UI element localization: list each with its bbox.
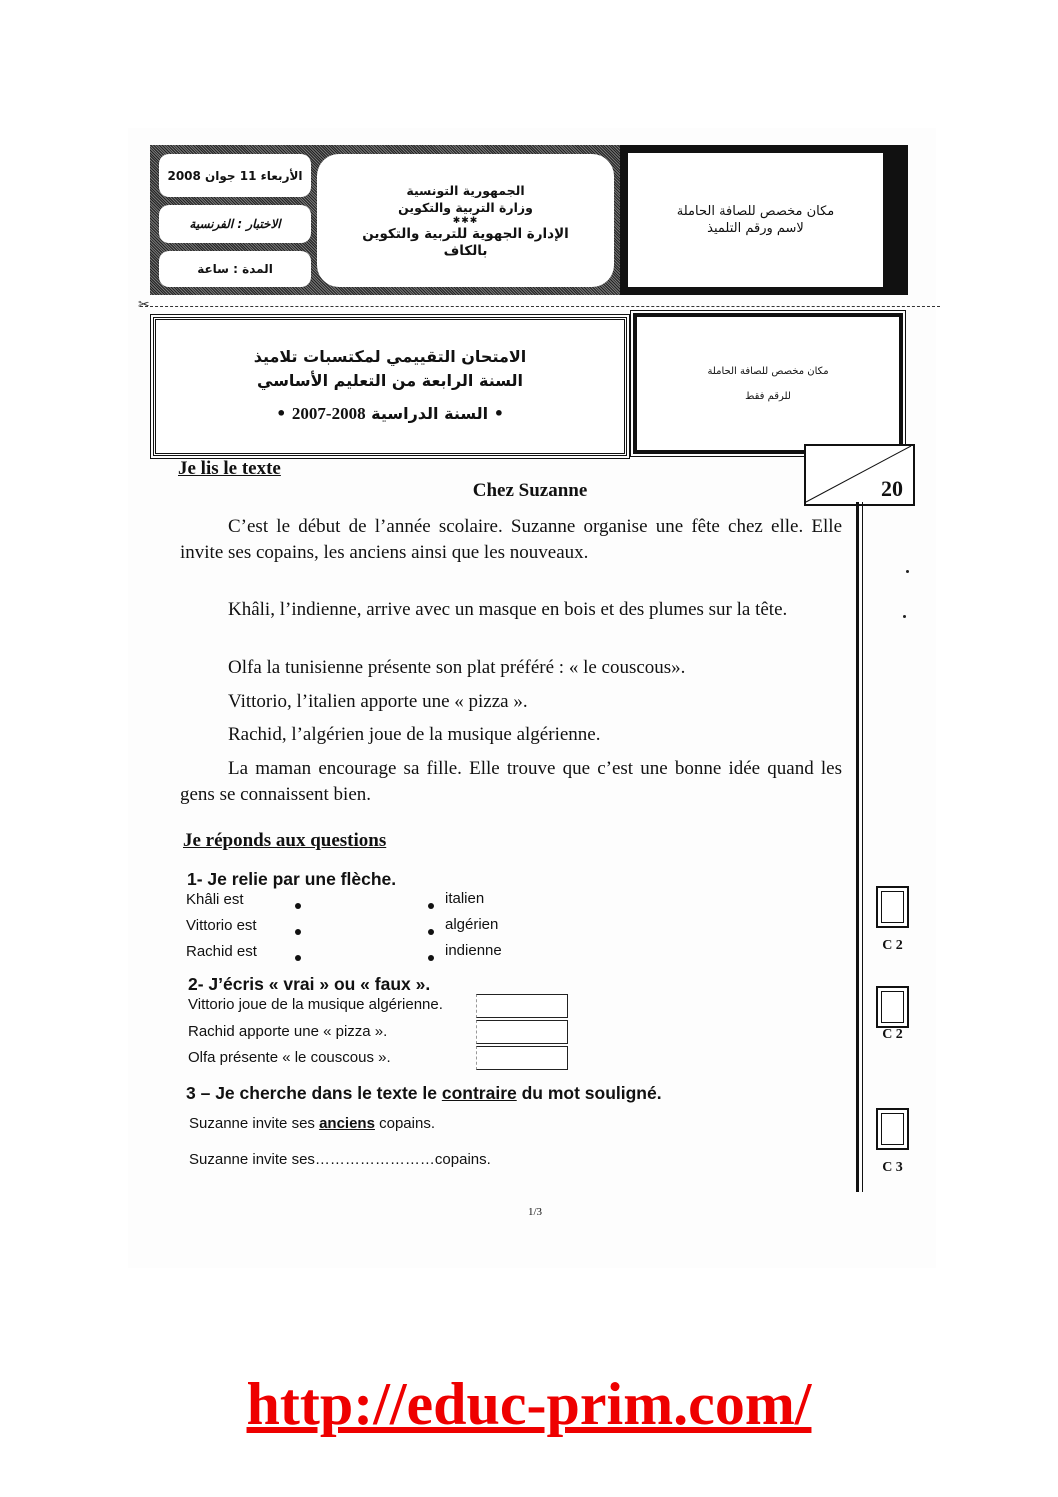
exam-title-line2: السنة الرابعة من التعليم الأساسي <box>257 369 523 393</box>
scissors-icon: ✂ <box>138 297 150 313</box>
student-sticker-line1: مكان مخصص للصافة الحاملة <box>677 203 834 220</box>
paragraph: Olfa la tunisienne présente son plat pré… <box>180 655 842 681</box>
number-sticker-area: مكان مخصص للصافة الحاملة للرقم فقط <box>633 313 903 454</box>
student-sticker-area: مكان مخصص للصافة الحاملة لاسم ورقم التلم… <box>628 153 883 287</box>
question-3-title: 3 – Je cherche dans le texte le contrair… <box>186 1083 662 1104</box>
story-title: Chez Suzanne <box>180 480 880 502</box>
match-dot-left[interactable] <box>295 929 301 935</box>
bullet-icon: • <box>276 404 286 423</box>
school-year-label: السنة الدراسية <box>371 404 488 423</box>
header-band: الأربعاء 11 جوان 2008 الاختبار : الفرنسي… <box>150 145 908 295</box>
match-left-item: Vittorio est <box>186 917 257 934</box>
paragraph: Vittorio, l’italien apporte une « pizza … <box>180 689 842 715</box>
exam-title-box: الامتحان التقييمي لمكتسبات تلاميذ السنة … <box>153 317 627 456</box>
ministry-label: وزارة التربية والتكوين <box>398 199 533 216</box>
exam-subject: الاختبار : الفرنسية <box>159 205 311 243</box>
margin-rule <box>856 502 859 1192</box>
match-left-item: Rachid est <box>186 943 257 960</box>
match-right-item: indienne <box>445 942 502 959</box>
true-false-answer-box[interactable] <box>476 994 568 1018</box>
match-dot-right[interactable] <box>428 903 434 909</box>
number-sticker-line2: للرقم فقط <box>745 391 791 402</box>
answer-blank[interactable]: …………………… <box>315 1151 435 1168</box>
reading-heading: Je lis le texte <box>178 458 281 480</box>
mark-label: C 3 <box>870 1160 915 1176</box>
underlined-word: anciens <box>319 1115 375 1132</box>
regional-directorate-label: الإدارة الجهوية للتربية والتكوين <box>362 226 569 243</box>
bullet-icon: • <box>494 404 504 423</box>
question-2-title: 2- J’écris « vrai » ou « faux ». <box>188 974 430 995</box>
answer-sentence: Suzanne invite ses……………………copains. <box>189 1151 491 1168</box>
mark-label: C 2 <box>870 938 915 954</box>
margin-dot <box>903 615 906 618</box>
margin-dot <box>906 570 909 573</box>
match-right-item: algérien <box>445 916 498 933</box>
paragraph: Khâli, l’indienne, arrive avec un masque… <box>180 597 842 623</box>
match-dot-right[interactable] <box>428 929 434 935</box>
exam-date: الأربعاء 11 جوان 2008 <box>159 154 311 197</box>
separator-stars: ✱✱✱ <box>453 216 479 226</box>
paragraph: La maman encourage sa fille. Elle trouve… <box>180 756 842 808</box>
exam-duration: المدة : ساعة <box>159 251 311 287</box>
republic-label: الجمهورية التونسية <box>406 182 524 199</box>
questions-heading: Je réponds aux questions <box>183 830 386 852</box>
true-false-statement: Rachid apporte une « pizza ». <box>188 1023 387 1040</box>
page-number: 1/3 <box>528 1206 542 1218</box>
exam-title-line1: الامتحان التقييمي لمكتسبات تلاميذ <box>254 345 527 369</box>
match-dot-right[interactable] <box>428 955 434 961</box>
mark-label: C 2 <box>870 1027 915 1043</box>
question-1-title: 1- Je relie par une flèche. <box>187 869 396 890</box>
number-sticker-line1: مكان مخصص للصافة الحاملة <box>707 366 828 377</box>
true-false-statement: Olfa présente « le couscous ». <box>188 1049 391 1066</box>
paragraph: Rachid, l’algérien joue de la musique al… <box>180 722 842 748</box>
underlined-keyword: contraire <box>442 1083 517 1103</box>
match-dot-left[interactable] <box>295 903 301 909</box>
paragraph: C’est le début de l’année scolaire. Suza… <box>180 514 842 566</box>
mark-box[interactable] <box>876 886 909 928</box>
true-false-answer-box[interactable] <box>476 1020 568 1044</box>
margin-rule-thin <box>862 502 863 1192</box>
match-left-item: Khâli est <box>186 891 244 908</box>
example-sentence: Suzanne invite ses anciens copains. <box>189 1115 435 1132</box>
mark-box[interactable] <box>876 1108 909 1150</box>
school-year-value: 2008-2007 <box>292 404 366 423</box>
website-link[interactable]: http://educ-prim.com/ <box>0 1370 1058 1439</box>
match-dot-left[interactable] <box>295 955 301 961</box>
ministry-block: الجمهورية التونسية وزارة التربية والتكوي… <box>317 154 614 287</box>
cut-line <box>140 306 940 307</box>
student-sticker-line2: لاسم ورقم التلميذ <box>707 220 804 237</box>
school-year: • السنة الدراسية 2008-2007 • <box>276 399 504 429</box>
score-total: 20 <box>881 476 903 502</box>
match-right-item: italien <box>445 890 484 907</box>
true-false-statement: Vittorio joue de la musique algérienne. <box>188 996 443 1013</box>
true-false-answer-box[interactable] <box>476 1046 568 1070</box>
mark-box[interactable] <box>876 986 909 1028</box>
region-label: بالكاف <box>444 243 488 260</box>
